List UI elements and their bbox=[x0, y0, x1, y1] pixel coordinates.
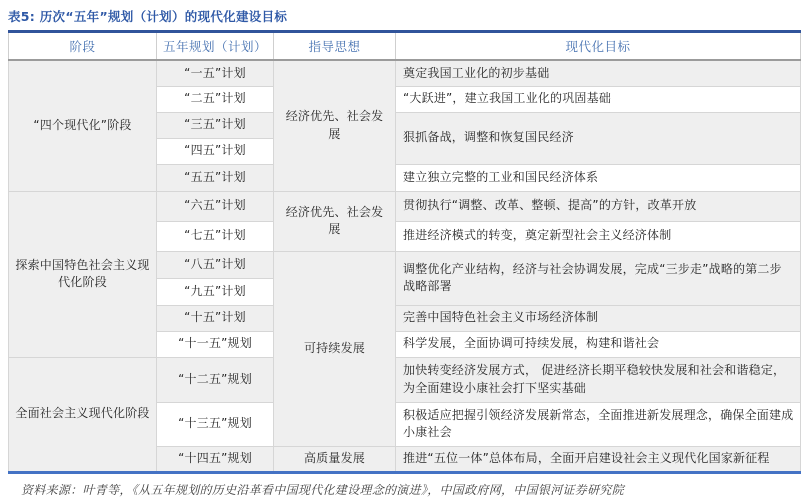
plan-cell: “四五”计划 bbox=[157, 138, 274, 164]
stage-cell: “四个现代化”阶段 bbox=[9, 60, 157, 191]
column-header-stage: 阶段 bbox=[9, 32, 157, 61]
column-header-plan: 五年规划（计划） bbox=[157, 32, 274, 61]
plan-cell: “七五”计划 bbox=[157, 221, 274, 251]
goal-cell: 推进“五位一体”总体布局，全面开启建设社会主义现代化国家新征程 bbox=[396, 446, 801, 472]
plan-cell: “二五”计划 bbox=[157, 86, 274, 112]
plan-cell: “十二五”规划 bbox=[157, 357, 274, 402]
page-title: 表5: 历次“五年”规划（计划）的现代化建设目标 bbox=[8, 7, 808, 25]
column-header-guide: 指导思想 bbox=[274, 32, 396, 61]
table-row: “四个现代化”阶段 “一五”计划 经济优先、社会发展 奠定我国工业化的初步基础 bbox=[9, 60, 801, 86]
plan-cell: “十三五”规划 bbox=[157, 402, 274, 446]
column-header-goal: 现代化目标 bbox=[396, 32, 801, 61]
source-note: 资料来源：叶青等，《从五年规划的历史沿革看中国现代化建设理念的演进》，中国政府网… bbox=[21, 481, 808, 498]
goal-cell: 建立独立完整的工业和国民经济体系 bbox=[396, 164, 801, 191]
table-row: 全面社会主义现代化阶段 “十二五”规划 加快转变经济发展方式， 促进经济长期平稳… bbox=[9, 357, 801, 402]
plan-cell: “九五”计划 bbox=[157, 278, 274, 305]
stage-cell: 探索中国特色社会主义现代化阶段 bbox=[9, 191, 157, 357]
goal-cell: 贯彻执行“调整、改革、整顿、提高”的方针，改革开放 bbox=[396, 191, 801, 221]
report-page: 表5: 历次“五年”规划（计划）的现代化建设目标 阶段 五年规划（计划） 指导思… bbox=[0, 0, 808, 498]
table-row: 探索中国特色社会主义现代化阶段 “六五”计划 经济优先、社会发展 贯彻执行“调整… bbox=[9, 191, 801, 221]
five-year-plan-table: 阶段 五年规划（计划） 指导思想 现代化目标 “四个现代化”阶段 “一五”计划 … bbox=[8, 30, 801, 474]
guide-cell: 高质量发展 bbox=[274, 446, 396, 472]
goal-cell: 狠抓备战，调整和恢复国民经济 bbox=[396, 112, 801, 164]
goal-cell: “大跃进”，建立我国工业化的巩固基础 bbox=[396, 86, 801, 112]
guide-cell: 可持续发展 bbox=[274, 251, 396, 446]
table-header-row: 阶段 五年规划（计划） 指导思想 现代化目标 bbox=[9, 32, 801, 61]
plan-cell: “五五”计划 bbox=[157, 164, 274, 191]
goal-cell: 奠定我国工业化的初步基础 bbox=[396, 60, 801, 86]
goal-cell: 加快转变经济发展方式， 促进经济长期平稳较快发展和社会和谐稳定，为全面建设小康社… bbox=[396, 357, 801, 402]
stage-cell: 全面社会主义现代化阶段 bbox=[9, 357, 157, 472]
plan-cell: “十五”计划 bbox=[157, 305, 274, 331]
goal-cell: 推进经济模式的转变，奠定新型社会主义经济体制 bbox=[396, 221, 801, 251]
plan-cell: “十四五”规划 bbox=[157, 446, 274, 472]
guide-cell: 经济优先、社会发展 bbox=[274, 191, 396, 251]
goal-cell: 调整优化产业结构，经济与社会协调发展，完成“三步走”战略的第二步战略部署 bbox=[396, 251, 801, 305]
plan-cell: “十一五”规划 bbox=[157, 331, 274, 357]
plan-cell: “八五”计划 bbox=[157, 251, 274, 278]
goal-cell: 积极适应把握引领经济发展新常态，全面推进新发展理念，确保全面建成小康社会 bbox=[396, 402, 801, 446]
goal-cell: 完善中国特色社会主义市场经济体制 bbox=[396, 305, 801, 331]
plan-cell: “三五”计划 bbox=[157, 112, 274, 138]
goal-cell: 科学发展，全面协调可持续发展，构建和谐社会 bbox=[396, 331, 801, 357]
plan-cell: “一五”计划 bbox=[157, 60, 274, 86]
guide-cell: 经济优先、社会发展 bbox=[274, 60, 396, 191]
plan-cell: “六五”计划 bbox=[157, 191, 274, 221]
